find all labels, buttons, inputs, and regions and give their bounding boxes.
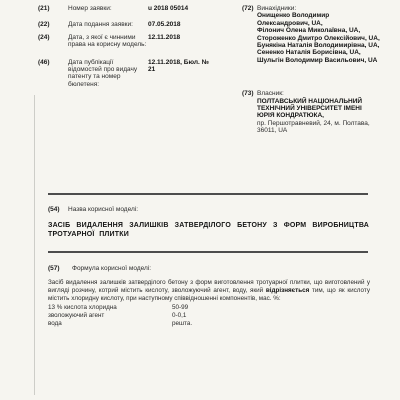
- field-code: (22): [38, 21, 68, 28]
- field-label: Дата, з якої є чинними права на корисну …: [68, 34, 148, 49]
- component-row: 13 % кислота хлоридна 50-99: [48, 304, 370, 312]
- component-name: 13 % кислота хлоридна: [48, 304, 117, 311]
- inventors-list: Онищенко Володимир Олександрович, UA, Фі…: [257, 12, 381, 64]
- owner-address: пр. Першотравневий, 24, м. Полтава, 3601…: [257, 120, 381, 135]
- claims-distinguishing-word: відрізняється: [266, 287, 309, 294]
- component-value: 0-0,1: [172, 312, 186, 320]
- field-code: (73): [242, 90, 257, 97]
- patent-document-page: (21) Номер заявки: u 2018 05014 (22) Дат…: [0, 0, 400, 400]
- field-label: Назва корисної моделі:: [68, 206, 138, 213]
- component-row: зволожуючий агент 0-0,1: [48, 312, 370, 320]
- field-value: 12.11.2018: [148, 34, 212, 41]
- inventor-name: Філонич Олена Миколаївна, UA,: [257, 27, 381, 34]
- biblio-left-column: (21) Номер заявки: u 2018 05014 (22) Дат…: [38, 5, 236, 88]
- component-name: зволожуючий агент: [48, 312, 104, 319]
- field-label: Дата подання заявки:: [68, 21, 148, 28]
- field-label: Формула корисної моделі:: [72, 265, 151, 272]
- claims-header: (57) Формула корисної моделі:: [48, 265, 370, 272]
- field-label: Власник:: [257, 90, 284, 97]
- owner-name: ПОЛТАВСЬКИЙ НАЦІОНАЛЬНИЙ ТЕХНІЧНИЙ УНІВЕ…: [257, 98, 381, 120]
- claims-paragraph: Засіб видалення залишків затверділого бе…: [48, 279, 370, 303]
- component-value: 50-99: [172, 304, 188, 312]
- section-divider: [48, 251, 368, 253]
- scan-fold-line: [34, 95, 35, 395]
- title-header: (54) Назва корисної моделі:: [48, 206, 369, 213]
- inventors-section: (72) Винахідники: Онищенко Володимир Оле…: [242, 5, 384, 64]
- owner-header: (73) Власник:: [242, 90, 384, 97]
- field-value: u 2018 05014: [148, 5, 212, 12]
- utility-model-title: ЗАСІБ ВИДАЛЕННЯ ЗАЛИШКІВ ЗАТВЕРДІЛОГО БЕ…: [48, 221, 369, 239]
- field-value: 07.05.2018: [148, 21, 212, 28]
- components-table: 13 % кислота хлоридна 50-99 зволожуючий …: [48, 304, 370, 328]
- inventor-name: Сененко Наталія Борисівна, UA,: [257, 49, 381, 56]
- component-name: вода: [48, 320, 62, 327]
- field-label: Дата публікації відомостей про видачу па…: [68, 59, 148, 89]
- field-label: Номер заявки:: [68, 5, 148, 12]
- section-divider: [48, 193, 368, 195]
- owner-body: ПОЛТАВСЬКИЙ НАЦІОНАЛЬНИЙ ТЕХНІЧНИЙ УНІВЕ…: [257, 98, 381, 135]
- inventors-header: (72) Винахідники:: [242, 5, 384, 12]
- field-label: Винахідники:: [257, 5, 296, 12]
- biblio-row-publication-date: (46) Дата публікації відомостей про вида…: [38, 59, 236, 89]
- field-code: (72): [242, 5, 257, 12]
- inventor-name: Шульгін Володимир Васильович, UA: [257, 57, 381, 64]
- owner-section: (73) Власник: ПОЛТАВСЬКИЙ НАЦІОНАЛЬНИЙ Т…: [242, 90, 384, 134]
- field-code: (46): [38, 59, 68, 66]
- component-row: вода решта.: [48, 320, 370, 328]
- biblio-row-filing-date: (22) Дата подання заявки: 07.05.2018: [38, 21, 236, 28]
- biblio-row-effective-date: (24) Дата, з якої є чинними права на кор…: [38, 34, 236, 49]
- field-code: (54): [48, 206, 68, 213]
- biblio-right-column: (72) Винахідники: Онищенко Володимир Оле…: [242, 5, 384, 135]
- field-code: (21): [38, 5, 68, 12]
- component-value: решта.: [172, 320, 192, 328]
- field-code: (57): [48, 265, 72, 272]
- claims-section: (57) Формула корисної моделі: Засіб вида…: [48, 265, 370, 328]
- inventor-name: Онищенко Володимир Олександрович, UA,: [257, 12, 381, 27]
- inventor-name: Стороженко Дмитро Олексійович, UA,: [257, 35, 381, 42]
- field-code: (24): [38, 34, 68, 41]
- title-section: (54) Назва корисної моделі: ЗАСІБ ВИДАЛЕ…: [48, 206, 369, 239]
- biblio-row-application-number: (21) Номер заявки: u 2018 05014: [38, 5, 236, 12]
- field-value: 12.11.2018, Бюл. № 21: [148, 59, 212, 74]
